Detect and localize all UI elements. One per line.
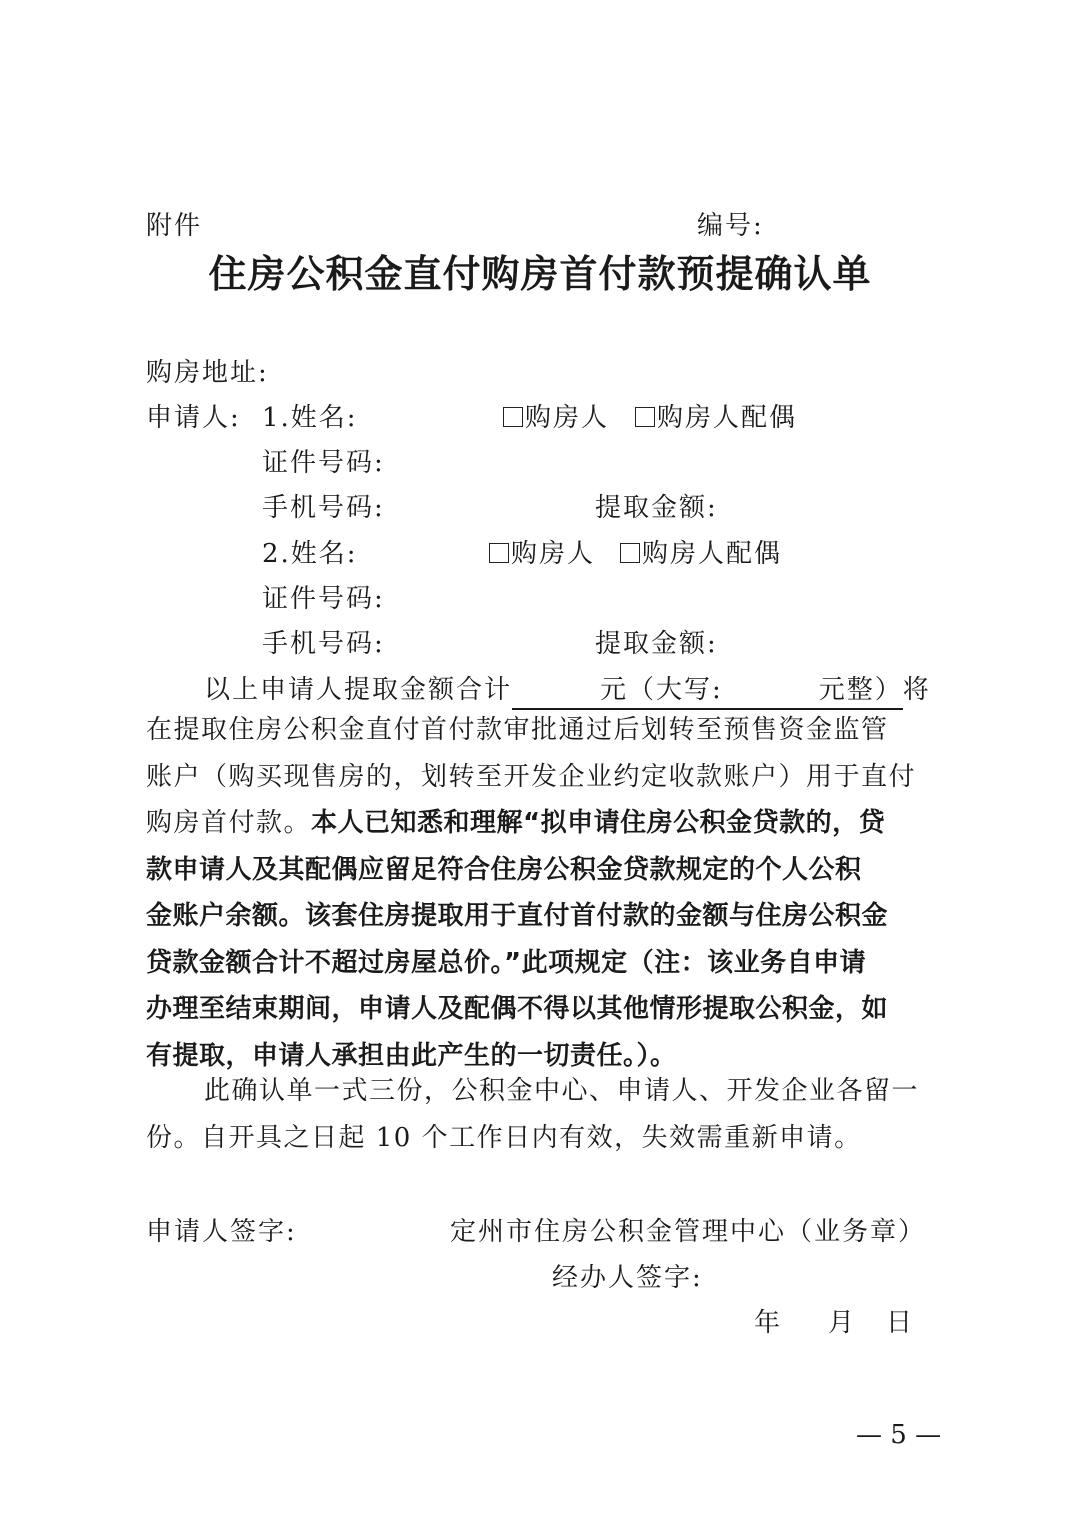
serial-number-label: 编号: — [697, 205, 764, 242]
date-year: 年 — [754, 1302, 782, 1339]
copies-validity-paragraph: 此确认单一式三份，公积金中心、申请人、开发企业各留一 份。自开具之日起 10 个… — [146, 1068, 946, 1161]
page-number: — 5 — — [856, 1420, 941, 1450]
applicant-1-phone-label: 手机号码: — [262, 487, 385, 524]
checkbox-icon[interactable] — [489, 543, 509, 563]
address-label: 购房地址: — [146, 352, 269, 389]
attachment-label: 附件 — [146, 205, 202, 242]
applicant-2-role-spouse[interactable]: 购房人配偶 — [620, 533, 782, 570]
applicant-label: 申请人: — [146, 397, 241, 434]
applicant-2-amount-label: 提取金额: — [595, 623, 718, 660]
date-month: 月 — [828, 1302, 856, 1339]
applicant-2-phone-label: 手机号码: — [262, 623, 385, 660]
applicant-1-amount-label: 提取金额: — [595, 487, 718, 524]
applicant-2-name-label: 2.姓名: — [262, 533, 358, 570]
center-name-seal: 定州市住房公积金管理中心（业务章） — [450, 1211, 926, 1248]
applicant-1-id-label: 证件号码: — [262, 442, 385, 479]
acknowledgement-text: 本人已知悉和理解“拟申请住房公积金贷款的，贷 — [311, 808, 885, 838]
total-amount-blank[interactable]: 元（大写:元整） — [512, 672, 903, 710]
applicant-1-role-spouse[interactable]: 购房人配偶 — [635, 397, 797, 434]
checkbox-icon[interactable] — [503, 407, 523, 427]
date-day: 日 — [886, 1302, 914, 1339]
applicant-signature-label: 申请人签字: — [146, 1211, 297, 1248]
applicant-2-id-label: 证件号码: — [262, 578, 385, 615]
checkbox-icon[interactable] — [620, 543, 640, 563]
handler-signature-label: 经办人签字: — [552, 1257, 703, 1294]
checkbox-icon[interactable] — [635, 407, 655, 427]
applicant-2-role-buyer[interactable]: 购房人 — [489, 533, 595, 570]
total-amount-line: 以上申请人提取金额合计元（大写:元整）将 — [204, 669, 931, 710]
confirmation-paragraph: 在提取住房公积金直付首付款审批通过后划转至预售资金监管 账户（购买现售房的，划转… — [146, 707, 946, 1079]
document-title: 住房公积金直付购房首付款预提确认单 — [0, 243, 1080, 298]
applicant-1-role-buyer[interactable]: 购房人 — [503, 397, 609, 434]
applicant-1-name-label: 1.姓名: — [262, 397, 358, 434]
